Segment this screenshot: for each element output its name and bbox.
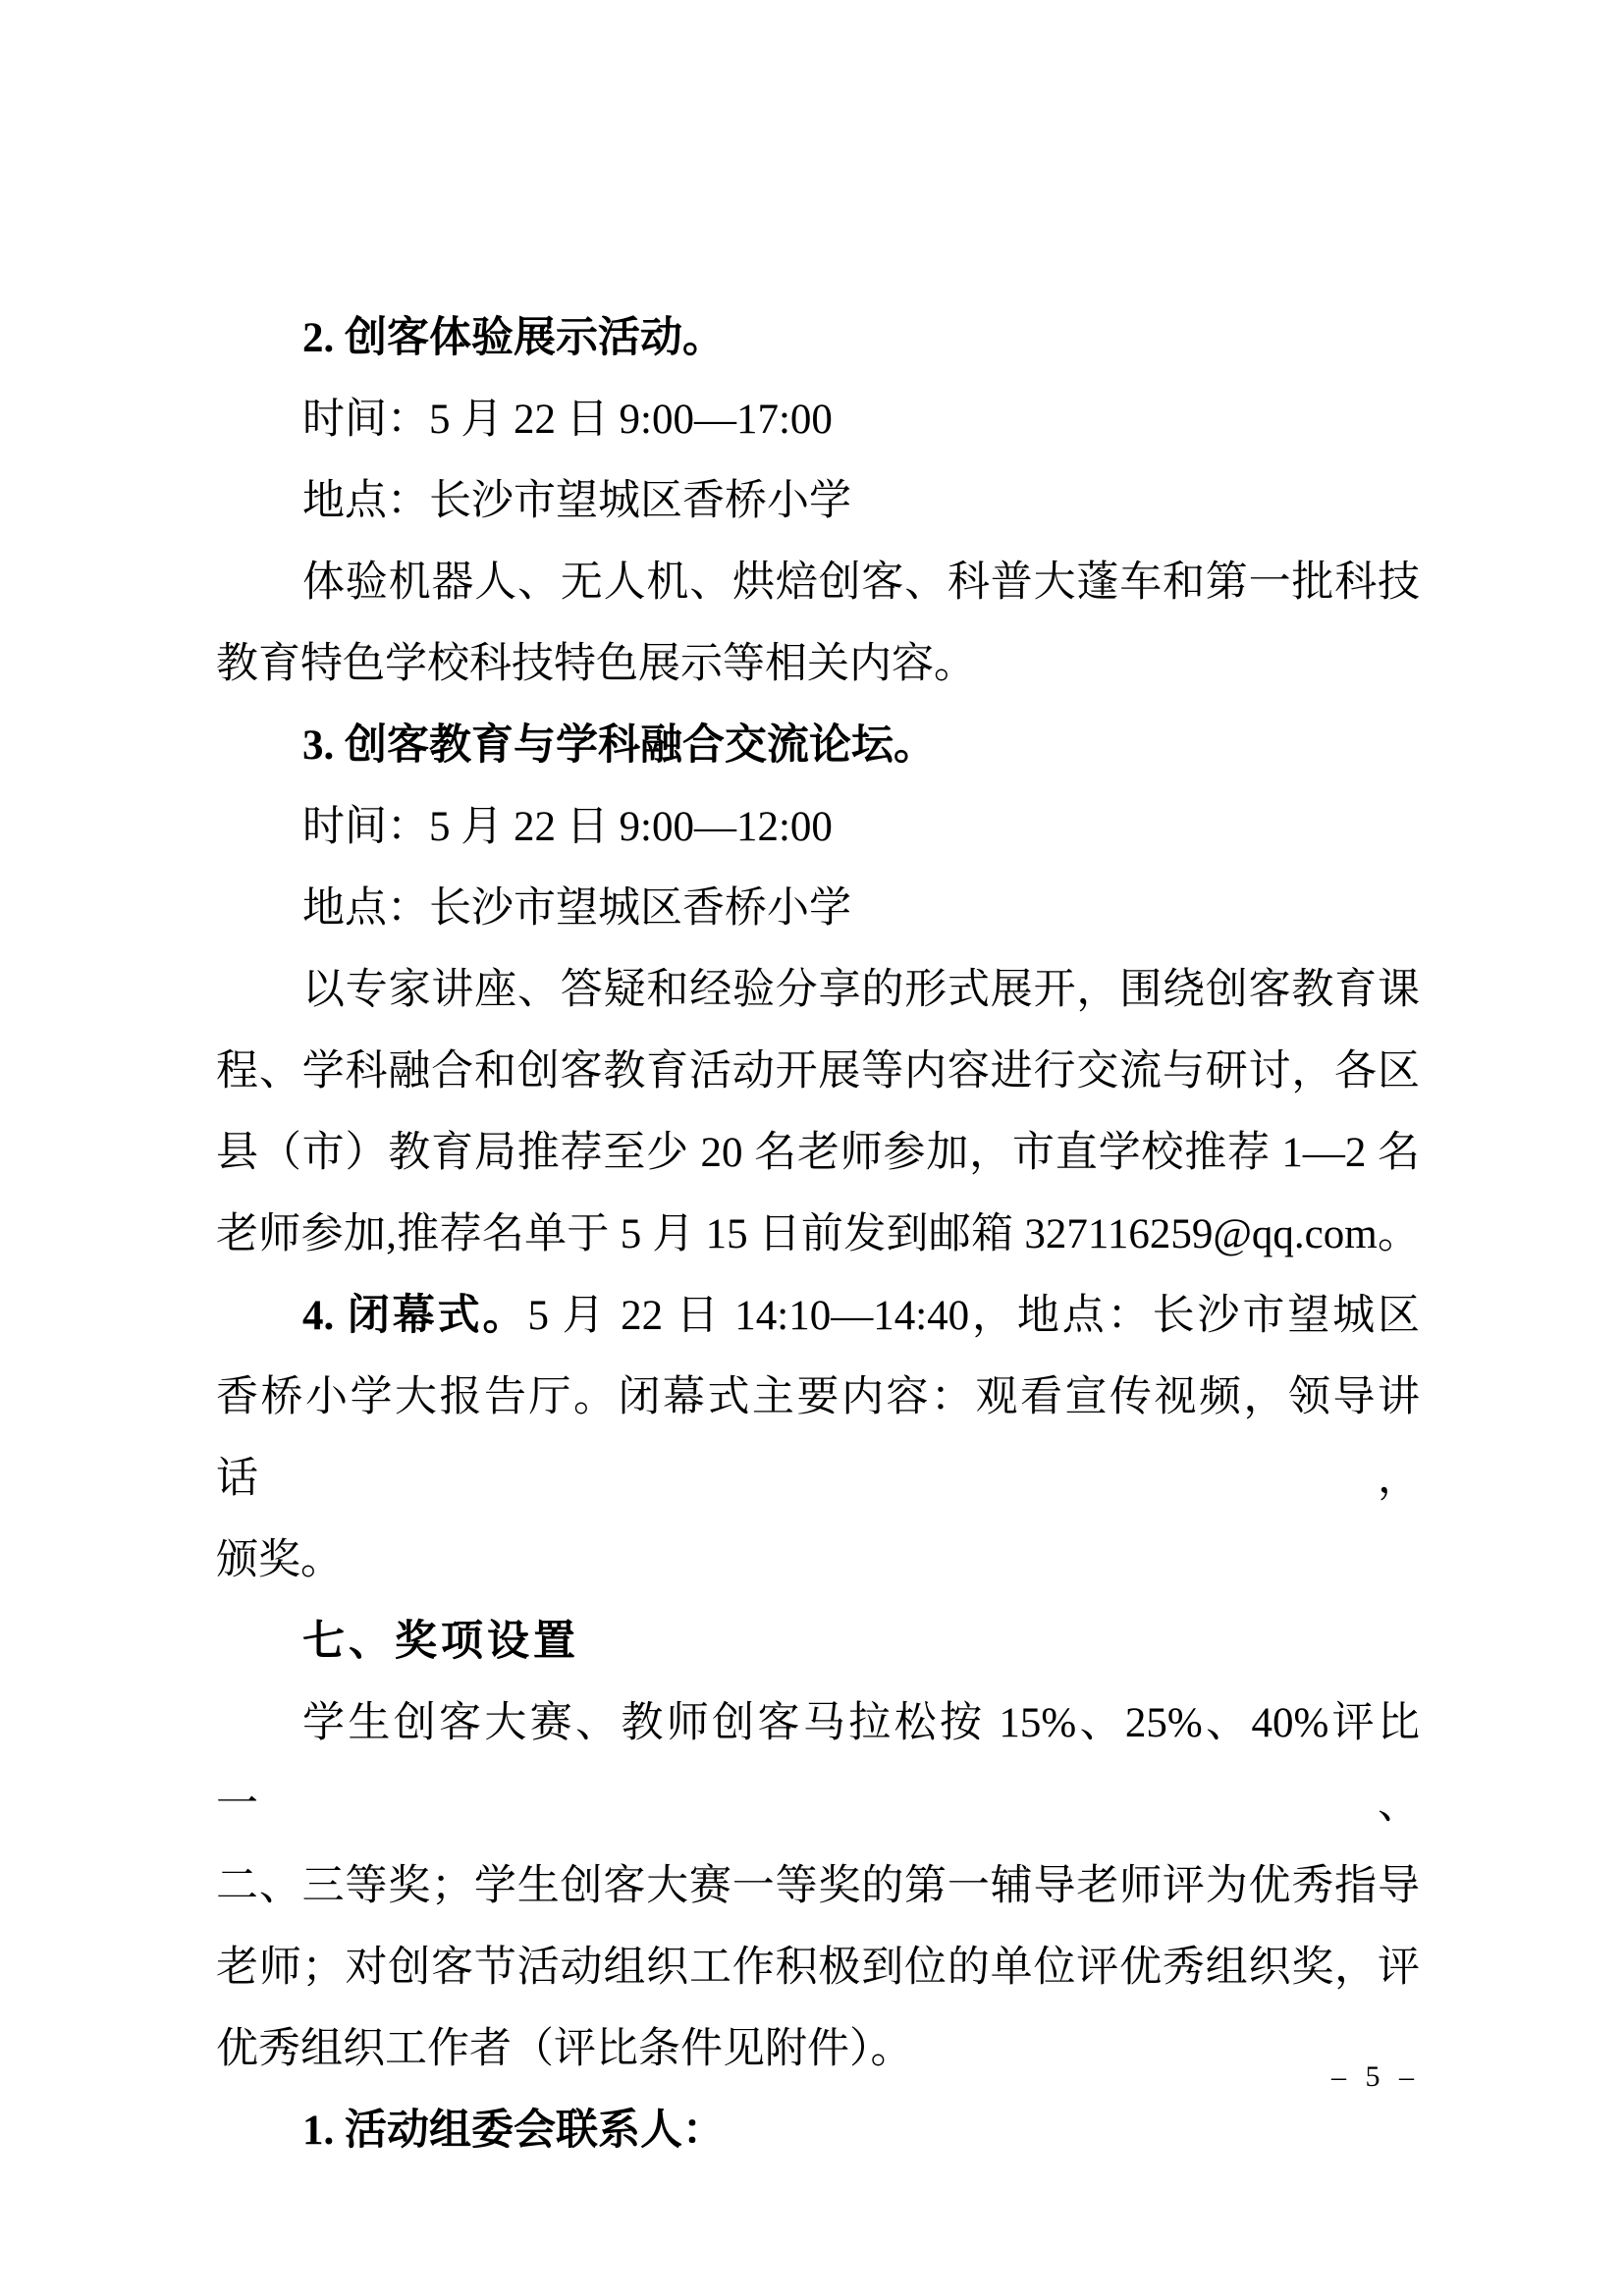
section-2-heading: 2. 创客体验展示活动。 <box>216 297 1420 379</box>
section-7-heading: 七、奖项设置 <box>216 1601 1420 1682</box>
section-4-heading: 4. 闭幕式。 <box>302 1293 527 1339</box>
section-2-time: 时间：5 月 22 日 9:00—17:00 <box>216 379 1420 460</box>
document-body: 2. 创客体验展示活动。 时间：5 月 22 日 9:00—17:00 地点：长… <box>216 297 1420 2171</box>
section-4-text: 5 月 22 日 14:10—14:40，地点：长沙市望城区 <box>527 1293 1420 1339</box>
section-2-location: 地点：长沙市望城区香桥小学 <box>216 460 1420 542</box>
contacts-heading: 1. 活动组委会联系人： <box>216 2090 1420 2171</box>
section-4-line-1: 4. 闭幕式。5 月 22 日 14:10—14:40，地点：长沙市望城区 <box>216 1275 1420 1357</box>
section-3-location: 地点：长沙市望城区香桥小学 <box>216 868 1420 949</box>
section-2-body-line-2: 教育特色学校科技特色展示等相关内容。 <box>216 623 1420 705</box>
page-number: – 5 – <box>1331 2057 1420 2097</box>
section-2-body-line-1: 体验机器人、无人机、烘焙创客、科普大蓬车和第一批科技 <box>216 542 1420 623</box>
awards-body-line-4: 优秀组织工作者（评比条件见附件）。 <box>216 2008 1420 2090</box>
section-3-time: 时间：5 月 22 日 9:00—12:00 <box>216 786 1420 868</box>
section-3-body-line-4: 老师参加,推荐名单于 5 月 15 日前发到邮箱 327116259@qq.co… <box>216 1194 1420 1275</box>
section-4-line-2: 香桥小学大报告厅。闭幕式主要内容：观看宣传视频，领导讲话， <box>216 1357 1420 1520</box>
awards-body-line-3: 老师；对创客节活动组织工作积极到位的单位评优秀组织奖，评 <box>216 1927 1420 2008</box>
section-3-body-line-3: 县（市）教育局推荐至少 20 名老师参加，市直学校推荐 1—2 名 <box>216 1112 1420 1194</box>
section-4-line-3: 颁奖。 <box>216 1520 1420 1601</box>
awards-body-line-2: 二、三等奖；学生创客大赛一等奖的第一辅导老师评为优秀指导 <box>216 1845 1420 1927</box>
section-3-heading: 3. 创客教育与学科融合交流论坛。 <box>216 705 1420 786</box>
awards-body-line-1: 学生创客大赛、教师创客马拉松按 15%、25%、40%评比一、 <box>216 1682 1420 1845</box>
document-page: 2. 创客体验展示活动。 时间：5 月 22 日 9:00—17:00 地点：长… <box>0 0 1624 2296</box>
section-3-body-line-2: 程、学科融合和创客教育活动开展等内容进行交流与研讨，各区 <box>216 1031 1420 1112</box>
section-3-body-line-1: 以专家讲座、答疑和经验分享的形式展开，围绕创客教育课 <box>216 949 1420 1031</box>
